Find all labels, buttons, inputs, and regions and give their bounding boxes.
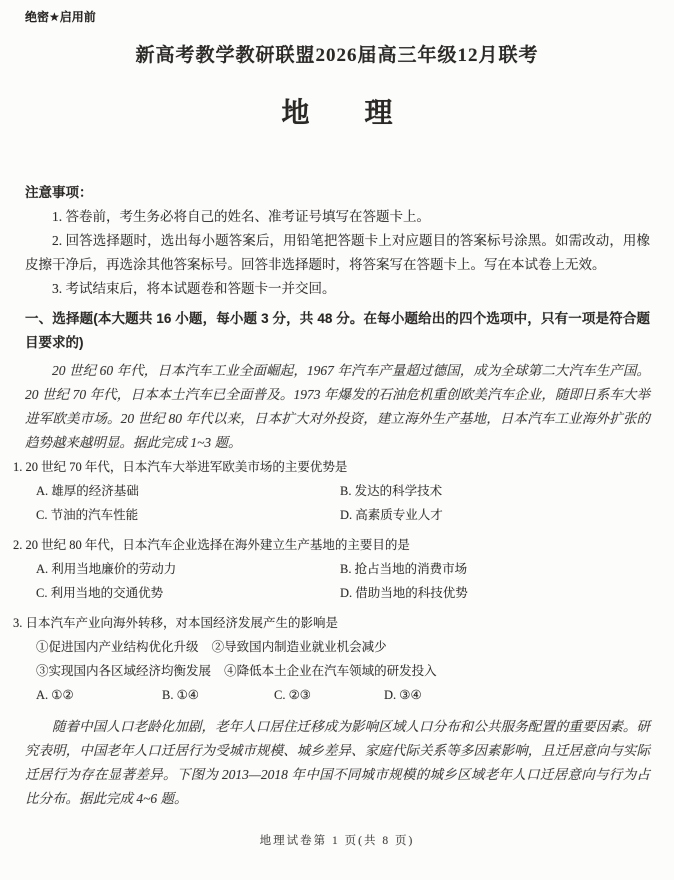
question-1-option-b: B. 发达的科学技术 (340, 479, 650, 503)
question-3-stem: 3. 日本汽车产业向海外转移，对本国经济发展产生的影响是 (13, 611, 650, 635)
question-2-option-a: A. 利用当地廉价的劳动力 (36, 557, 340, 581)
question-1-options: A. 雄厚的经济基础 B. 发达的科学技术 C. 节油的汽车性能 D. 高素质专… (36, 479, 650, 527)
question-3-statement-1: ①促进国内产业结构优化升级 (36, 640, 199, 654)
section-heading: 一、选择题(本大题共 16 小题，每小题 3 分，共 48 分。在每小题给出的四… (25, 307, 650, 355)
notice-item-3: 3. 考试结束后，将本试题卷和答题卡一并交回。 (25, 277, 650, 301)
question-2: 2. 20 世纪 80 年代，日本汽车企业选择在海外建立生产基地的主要目的是 A… (25, 533, 650, 605)
subject-title-row: 地理 (0, 95, 674, 133)
question-3-option-a: A. ①② (36, 683, 162, 707)
subject-title: 地理 (281, 95, 447, 133)
question-3: 3. 日本汽车产业向海外转移，对本国经济发展产生的影响是 ①促进国内产业结构优化… (25, 611, 650, 707)
question-3-option-b: B. ①④ (162, 683, 274, 707)
question-3-statements-row-1: ①促进国内产业结构优化升级 ②导致国内制造业就业机会减少 (36, 635, 650, 659)
page-footer: 地理试卷第 1 页(共 8 页) (0, 832, 674, 848)
passage-1: 20 世纪 60 年代，日本汽车工业全面崛起，1967 年汽车产量超过德国，成为… (25, 359, 650, 455)
question-3-options: A. ①② B. ①④ C. ②③ D. ③④ (36, 683, 650, 707)
question-1-option-d: D. 高素质专业人才 (340, 503, 650, 527)
question-3-statements-row-2: ③实现国内各区域经济均衡发展 ④降低本土企业在汽车领域的研发投入 (36, 659, 650, 683)
question-2-options: A. 利用当地廉价的劳动力 B. 抢占当地的消费市场 C. 利用当地的交通优势 … (36, 557, 650, 605)
question-2-stem: 2. 20 世纪 80 年代，日本汽车企业选择在海外建立生产基地的主要目的是 (13, 533, 650, 557)
question-3-option-d: D. ③④ (384, 683, 650, 707)
question-1-option-a: A. 雄厚的经济基础 (36, 479, 340, 503)
notice-item-2: 2. 回答选择题时，选出每小题答案后，用铅笔把答题卡上对应题目的答案标号涂黑。如… (25, 229, 650, 277)
notice-section: 注意事项： 1. 答卷前，考生务必将自己的姓名、准考证号填写在答题卡上。 2. … (0, 181, 674, 301)
question-1: 1. 20 世纪 70 年代，日本汽车大举进军欧美市场的主要优势是 A. 雄厚的… (25, 455, 650, 527)
exam-page: 绝密★启用前 新高考教学教研联盟2026届高三年级12月联考 地理 注意事项： … (0, 0, 674, 880)
question-3-statement-4: ④降低本土企业在汽车领域的研发投入 (224, 664, 437, 678)
question-3-statement-3: ③实现国内各区域经济均衡发展 (36, 664, 211, 678)
exam-title: 新高考教学教研联盟2026届高三年级12月联考 (0, 42, 674, 69)
classification-banner: 绝密★启用前 (0, 0, 674, 26)
question-2-option-b: B. 抢占当地的消费市场 (340, 557, 650, 581)
notice-item-1: 1. 答卷前，考生务必将自己的姓名、准考证号填写在答题卡上。 (25, 205, 650, 229)
notice-heading: 注意事项： (25, 181, 650, 205)
passage-2: 随着中国人口老龄化加剧，老年人口居住迁移成为影响区域人口分布和公共服务配置的重要… (25, 715, 650, 811)
question-2-option-d: D. 借助当地的科技优势 (340, 581, 650, 605)
question-2-option-c: C. 利用当地的交通优势 (36, 581, 340, 605)
question-1-option-c: C. 节油的汽车性能 (36, 503, 340, 527)
question-1-stem: 1. 20 世纪 70 年代，日本汽车大举进军欧美市场的主要优势是 (13, 455, 650, 479)
question-3-option-c: C. ②③ (274, 683, 384, 707)
question-3-statement-2: ②导致国内制造业就业机会减少 (212, 640, 387, 654)
